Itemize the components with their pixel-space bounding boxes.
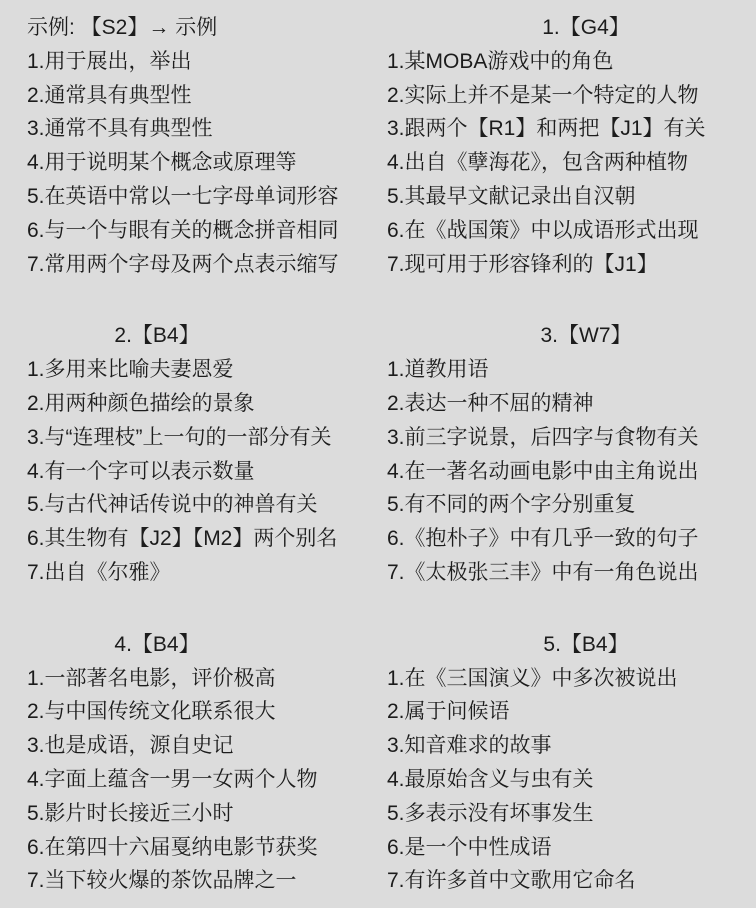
puzzle-title: 3.【W7】 xyxy=(387,319,747,353)
clue-line: 1.一部著名电影，评价极高 xyxy=(27,662,341,696)
clue-line: 7.现可用于形容锋利的【J1】 xyxy=(387,248,747,282)
clue-line: 4.最原始含义与虫有关 xyxy=(387,763,747,797)
clue-line: 4.有一个字可以表示数量 xyxy=(27,455,341,489)
clue-line: 1.在《三国演义》中多次被说出 xyxy=(387,662,747,696)
clue-line: 7.当下较火爆的茶饮品牌之一 xyxy=(27,864,341,898)
clue-line: 2.表达一种不屈的精神 xyxy=(387,387,747,421)
section-puzzle-2: 2.【B4】 1.多用来比喻夫妻恩爱 2.用两种颜色描绘的景象 3.与“连理枝”… xyxy=(0,319,341,589)
clue-line: 1.多用来比喻夫妻恩爱 xyxy=(27,353,341,387)
clue-line: 4.用于说明某个概念或原理等 xyxy=(27,146,341,180)
clue-line: 3.前三字说景，后四字与食物有关 xyxy=(387,421,747,455)
clue-line: 1.某MOBA游戏中的角色 xyxy=(387,45,747,79)
clue-row-2: 2.【B4】 1.多用来比喻夫妻恩爱 2.用两种颜色描绘的景象 3.与“连理枝”… xyxy=(0,319,756,589)
clue-line: 6.其生物有【J2】【M2】两个别名 xyxy=(27,522,341,556)
clue-line: 7.常用两个字母及两个点表示缩写 xyxy=(27,248,341,282)
section-example: 示例: 【S2】→ 示例 1.用于展出，举出 2.通常具有典型性 3.通常不具有… xyxy=(0,11,341,281)
clue-line: 5.多表示没有坏事发生 xyxy=(387,797,747,831)
clue-line: 2.用两种颜色描绘的景象 xyxy=(27,387,341,421)
clue-line: 3.与“连理枝”上一句的一部分有关 xyxy=(27,421,341,455)
clue-line: 7.有许多首中文歌用它命名 xyxy=(387,864,747,898)
example-header: 示例: 【S2】→ 示例 xyxy=(27,11,341,45)
clue-line: 6.在第四十六届戛纳电影节获奖 xyxy=(27,831,341,865)
section-puzzle-1: 1.【G4】 1.某MOBA游戏中的角色 2.实际上并不是某一个特定的人物 3.… xyxy=(378,11,747,281)
section-puzzle-5: 5.【B4】 1.在《三国演义》中多次被说出 2.属于问候语 3.知音难求的故事… xyxy=(378,628,747,898)
clue-line: 5.与古代神话传说中的神兽有关 xyxy=(27,488,341,522)
clue-row-1: 示例: 【S2】→ 示例 1.用于展出，举出 2.通常具有典型性 3.通常不具有… xyxy=(0,11,756,281)
clue-line: 2.通常具有典型性 xyxy=(27,79,341,113)
clue-line: 5.在英语中常以一七字母单词形容 xyxy=(27,180,341,214)
clue-line: 6.《抱朴子》中有几乎一致的句子 xyxy=(387,522,747,556)
section-puzzle-4: 4.【B4】 1.一部著名电影，评价极高 2.与中国传统文化联系很大 3.也是成… xyxy=(0,628,341,898)
clue-row-3: 4.【B4】 1.一部著名电影，评价极高 2.与中国传统文化联系很大 3.也是成… xyxy=(0,628,756,898)
clue-line: 6.在《战国策》中以成语形式出现 xyxy=(387,214,747,248)
puzzle-title: 2.【B4】 xyxy=(27,319,287,353)
clue-line: 4.字面上蕴含一男一女两个人物 xyxy=(27,763,341,797)
clue-line: 3.通常不具有典型性 xyxy=(27,112,341,146)
puzzle-title: 5.【B4】 xyxy=(387,628,747,662)
section-puzzle-3: 3.【W7】 1.道教用语 2.表达一种不屈的精神 3.前三字说景，后四字与食物… xyxy=(378,319,747,589)
clue-line: 3.知音难求的故事 xyxy=(387,729,747,763)
puzzle-title: 1.【G4】 xyxy=(387,11,747,45)
clue-line: 7.《太极张三丰》中有一角色说出 xyxy=(387,556,747,590)
clue-line: 3.也是成语，源自史记 xyxy=(27,729,341,763)
puzzle-clue-sheet: 示例: 【S2】→ 示例 1.用于展出，举出 2.通常具有典型性 3.通常不具有… xyxy=(0,0,756,908)
clue-line: 2.与中国传统文化联系很大 xyxy=(27,695,341,729)
clue-line: 2.属于问候语 xyxy=(387,695,747,729)
clue-line: 6.是一个中性成语 xyxy=(387,831,747,865)
clue-line: 2.实际上并不是某一个特定的人物 xyxy=(387,79,747,113)
clue-line: 6.与一个与眼有关的概念拼音相同 xyxy=(27,214,341,248)
clue-line: 5.有不同的两个字分别重复 xyxy=(387,488,747,522)
clue-line: 1.道教用语 xyxy=(387,353,747,387)
clue-line: 4.出自《孽海花》，包含两种植物 xyxy=(387,146,747,180)
clue-line: 4.在一著名动画电影中由主角说出 xyxy=(387,455,747,489)
clue-line: 5.影片时长接近三小时 xyxy=(27,797,341,831)
clue-line: 5.其最早文献记录出自汉朝 xyxy=(387,180,747,214)
clue-line: 1.用于展出，举出 xyxy=(27,45,341,79)
puzzle-title: 4.【B4】 xyxy=(27,628,287,662)
clue-line: 3.跟两个【R1】和两把【J1】有关 xyxy=(387,112,747,146)
clue-line: 7.出自《尔雅》 xyxy=(27,556,341,590)
